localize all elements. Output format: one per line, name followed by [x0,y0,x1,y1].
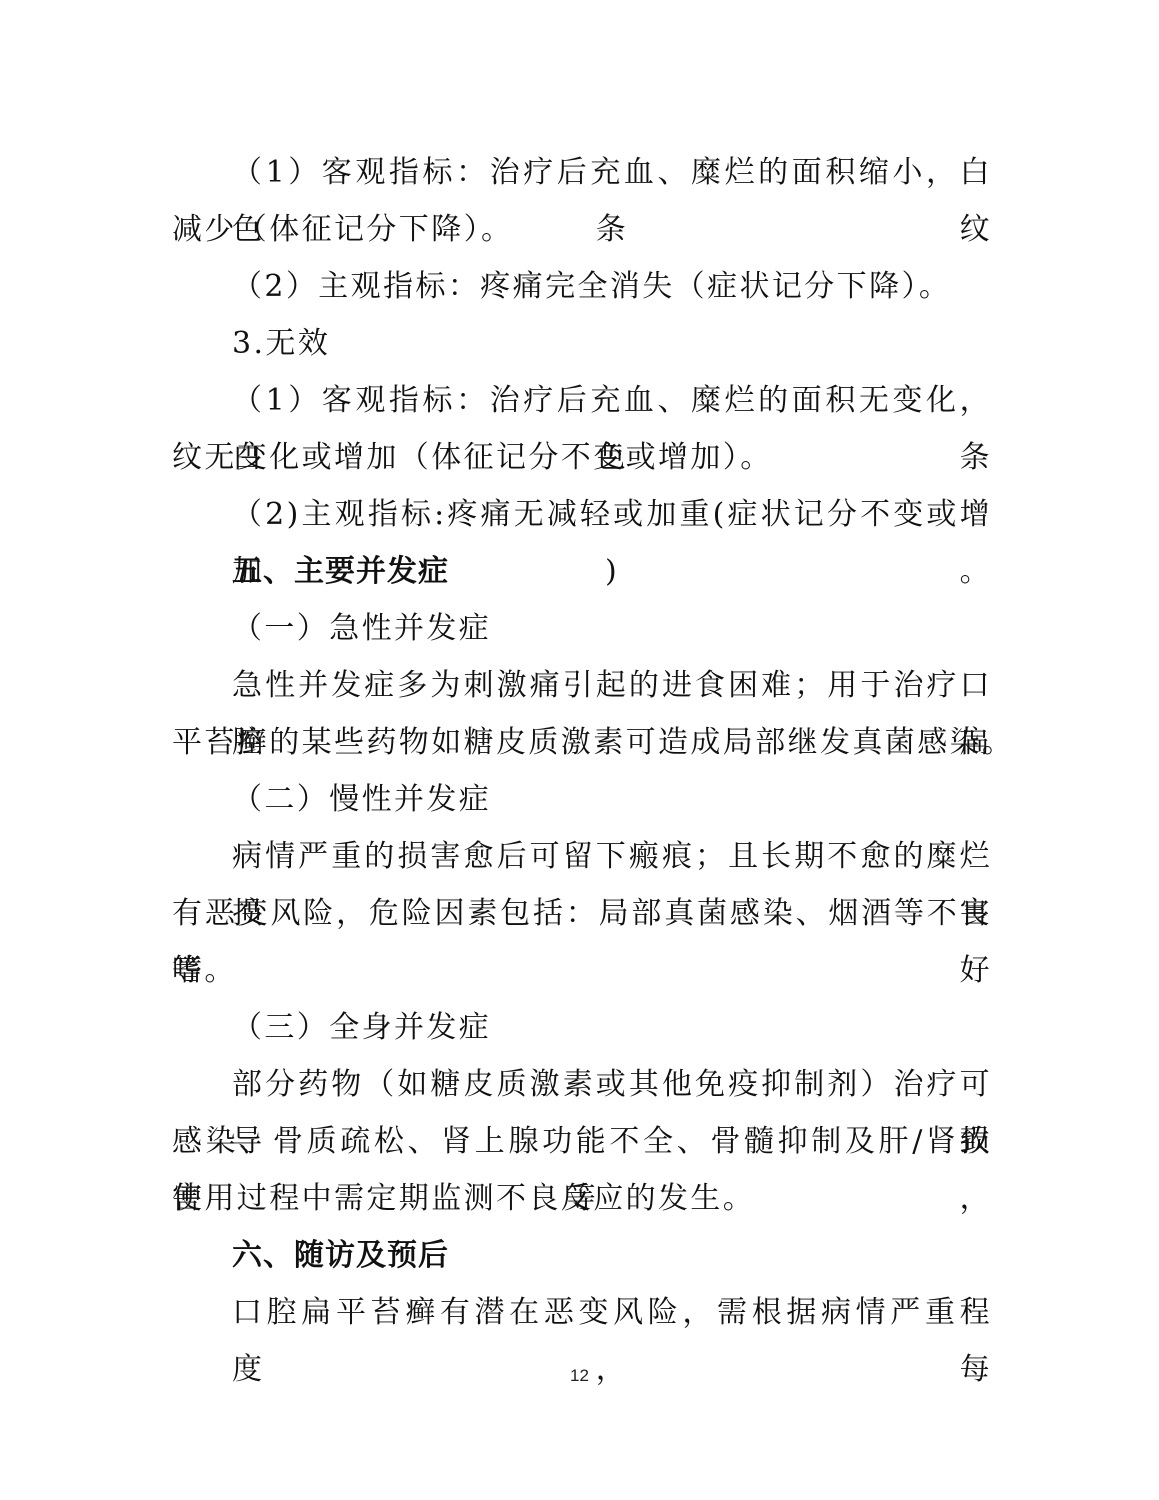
section-heading: 五、主要并发症 [232,543,992,600]
paragraph-line: （2）主观指标：疼痛完全消失（症状记分下降）。 [232,258,992,315]
subsection-heading: （三）全身并发症 [232,999,992,1056]
paragraph-line: 口腔扁平苔癣有潜在恶变风险，需根据病情严重程度，每 [232,1284,992,1341]
paragraph-line: 急性并发症多为刺激痛引起的进食困难；用于治疗口腔扁 [232,657,992,714]
paragraph-line: 有恶变风险，危险因素包括：局部真菌感染、烟酒等不良嗜好 [172,885,992,942]
page-number: 12 [0,1366,1159,1386]
paragraph-line: 平苔癣的某些药物如糖皮质激素可造成局部继发真菌感染。 [172,714,992,771]
section-heading: 六、随访及预后 [232,1227,992,1284]
paragraph-line: 病情严重的损害愈后可留下瘢痕；且长期不愈的糜烂损害 [232,828,992,885]
list-item-heading: 3.无效 [232,315,992,372]
subsection-heading: （二）慢性并发症 [232,771,992,828]
paragraph-line: （1）客观指标：治疗后充血、糜烂的面积缩小，白色条纹 [232,144,992,201]
paragraph-line: 纹无变化或增加（体征记分不变或增加）。 [172,429,992,486]
subsection-heading: （一）急性并发症 [232,600,992,657]
paragraph-line: 部分药物（如糖皮质激素或其他免疫抑制剂）治疗可导致 [232,1056,992,1113]
paragraph-line: 减少（体征记分下降）。 [172,201,992,258]
paragraph-line: （2)主观指标:疼痛无减轻或加重(症状记分不变或增加)。 [232,486,992,543]
paragraph-line: 等。 [172,942,992,999]
document-page: （1）客观指标：治疗后充血、糜烂的面积缩小，白色条纹 减少（体征记分下降）。 （… [0,0,1159,1500]
paragraph-line: （1）客观指标：治疗后充血、糜烂的面积无变化，白色条 [232,372,992,429]
paragraph-line: 感染、骨质疏松、肾上腺功能不全、骨髓抑制及肝/肾损害等， [172,1113,992,1170]
paragraph-line: 使用过程中需定期监测不良反应的发生。 [172,1170,992,1227]
